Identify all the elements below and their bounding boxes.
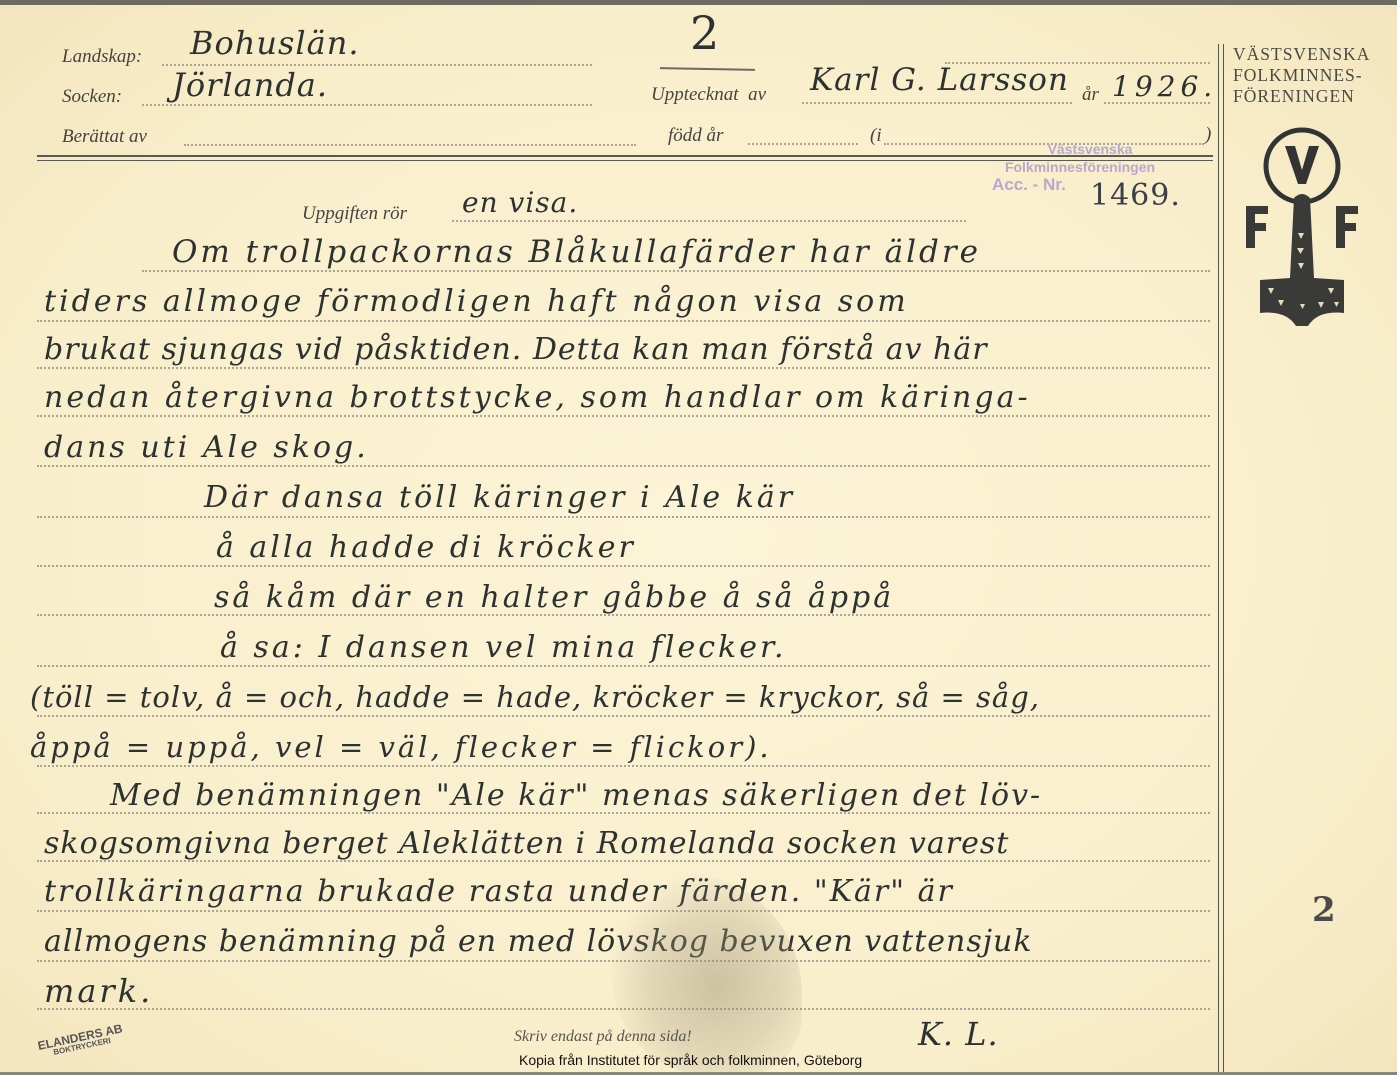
- socken-label: Socken:: [62, 86, 122, 108]
- socken-value: Jörlanda.: [172, 66, 328, 104]
- body-line-8: trollkäringarna brukade rasta under färd…: [44, 874, 954, 909]
- signature: K. L.: [918, 1015, 999, 1053]
- i-close-paren: ): [1205, 124, 1211, 146]
- body-line-3: brukat sjungas vid påsktiden. Detta kan …: [44, 332, 988, 367]
- body-line-2: tiders allmoge förmodligen haft någon vi…: [44, 284, 909, 319]
- stamp-acc-label: Acc. - Nr.: [992, 175, 1066, 194]
- berattat-dotted-line: [184, 144, 636, 146]
- sheet-number-handwritten: 2: [690, 6, 720, 60]
- ruled-line-7: [37, 565, 1210, 567]
- accession-number: 1469.: [1090, 178, 1181, 213]
- body-line-6: Med benämningen "Ale kär" menas säkerlig…: [110, 778, 1042, 813]
- ruled-line-3: [37, 367, 1210, 369]
- body-line-1: Om trollpackornas Blåkullafärder har äld…: [172, 234, 981, 270]
- verse-line-4: å sa: I dansen vel mina flecker.: [220, 630, 787, 665]
- scan-top-edge: [0, 0, 1397, 5]
- berattat-label: Berättat av: [62, 126, 147, 148]
- uppgiften-value: en visa.: [462, 186, 578, 219]
- fodd-label: född år: [668, 125, 723, 147]
- organization-name: VÄSTSVENSKA FOLKMINNES- FÖRENINGEN: [1233, 44, 1370, 107]
- org-line-1: VÄSTSVENSKA: [1233, 44, 1370, 65]
- org-line-3: FÖRENINGEN: [1233, 86, 1370, 107]
- body-line-10: mark.: [44, 972, 153, 1010]
- fodd-dotted-line: [748, 143, 858, 145]
- socken-dotted-line: [142, 104, 592, 106]
- ruled-line-5: [37, 465, 1210, 467]
- vff-thors-hammer-logo-icon: [1238, 118, 1368, 333]
- glossary-line-1: (töll = tolv, å = och, hadde = hade, krö…: [30, 680, 1040, 714]
- copy-notice: Kopia från Institutet för språk och folk…: [519, 1052, 862, 1068]
- sheet-number-underline: [660, 67, 755, 71]
- glossary-line-2: åppå = uppå, vel = väl, flecker = flicko…: [30, 730, 772, 764]
- ruled-line-6: [37, 516, 1210, 518]
- verse-line-2: å alla hadde di kröcker: [216, 530, 636, 565]
- landskap-value: Bohuslän.: [190, 24, 360, 62]
- margin-rule-left: [1218, 44, 1219, 1075]
- upptecknat-dotted-line: [802, 102, 1072, 104]
- body-line-9: allmogens benämning på en med lövskog be…: [44, 924, 1033, 959]
- footer-instruction: Skriv endast på denna sida!: [514, 1028, 692, 1046]
- i-label: (i: [870, 125, 882, 147]
- page-number: 2: [1312, 890, 1336, 930]
- stamp-line-1: Västsvenska: [980, 140, 1180, 158]
- body-line-7: skogsomgivna berget Aleklätten i Romelan…: [44, 826, 1009, 861]
- ruled-line-2: [37, 320, 1210, 322]
- printer-mark: ELANDERS AB BOKTRYCKERI: [37, 1023, 126, 1060]
- ar-value: 1926.: [1112, 70, 1217, 103]
- landskap-label: Landskap:: [62, 46, 142, 68]
- stamp-line-2: Folkminnesföreningen: [980, 158, 1180, 176]
- archive-record-card: Landskap: Bohuslän. Socken: Jörlanda. Be…: [0, 0, 1397, 1075]
- ruled-line-10: [37, 715, 1210, 717]
- org-line-2: FOLKMINNES-: [1233, 65, 1370, 86]
- margin-rule-right: [1223, 44, 1224, 1075]
- upptecknat-value: Karl G. Larsson: [810, 62, 1069, 98]
- ar-label: år: [1082, 84, 1099, 106]
- verse-line-3: så kåm där en halter gåbbe å så åppå: [214, 580, 894, 615]
- ruled-line-11: [37, 765, 1210, 767]
- body-line-5: dans uti Ale skog.: [44, 430, 369, 465]
- ruled-line-4: [37, 415, 1210, 417]
- upptecknat-label: Upptecknat av: [651, 84, 766, 106]
- uppgiften-label: Uppgiften rör: [302, 203, 407, 225]
- verse-line-1: Där dansa töll käringer i Ale kär: [204, 480, 795, 515]
- body-line-4: nedan återgivna brottstycke, som handlar…: [44, 380, 1031, 415]
- ruled-line-1: [142, 270, 1210, 272]
- ruled-line-9: [37, 665, 1210, 667]
- uppgiften-dotted-line: [452, 220, 966, 222]
